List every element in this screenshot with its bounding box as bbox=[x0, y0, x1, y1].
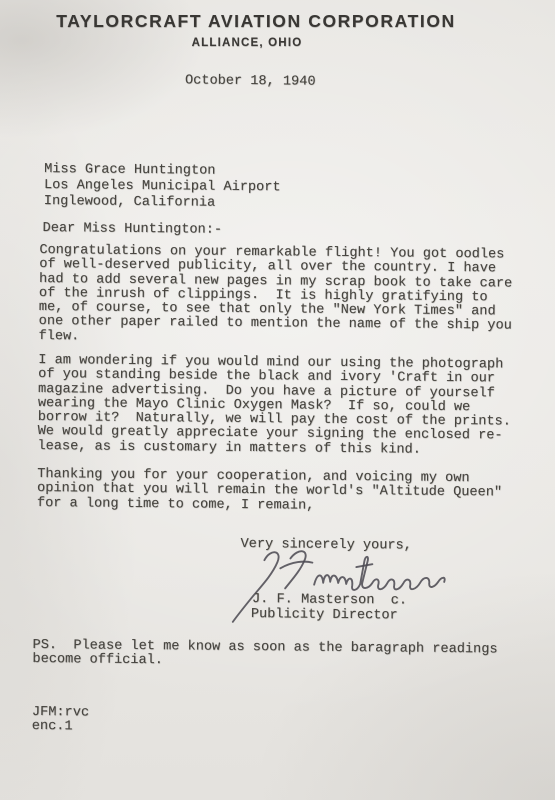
signature-stroke-surname bbox=[314, 556, 445, 591]
recipient-address: Miss Grace Huntington Los Angeles Munici… bbox=[44, 162, 281, 213]
typed-letter-content: October 18, 1940 Miss Grace Huntington L… bbox=[0, 0, 555, 800]
signature-stroke-initial-f bbox=[285, 551, 306, 589]
paragraph-1: Congratulations on your remarkable fligh… bbox=[38, 244, 512, 349]
salutation: Dear Miss Huntington:- bbox=[42, 222, 222, 238]
signature-title: Publicity Director bbox=[251, 608, 398, 624]
signature-stroke-initial-f-bar bbox=[280, 561, 312, 568]
date-line: October 18, 1940 bbox=[185, 74, 316, 90]
postscript: PS. Please let me know as soon as the ba… bbox=[32, 639, 497, 672]
paragraph-3: Thanking you for your cooperation, and v… bbox=[37, 468, 502, 515]
paragraph-2: I am wondering if you would mind our usi… bbox=[37, 354, 511, 459]
letter-page: TAYLORCRAFT AVIATION CORPORATION ALLIANC… bbox=[0, 0, 555, 800]
reference-initials-block: JFM:rvc enc.1 bbox=[32, 706, 89, 735]
